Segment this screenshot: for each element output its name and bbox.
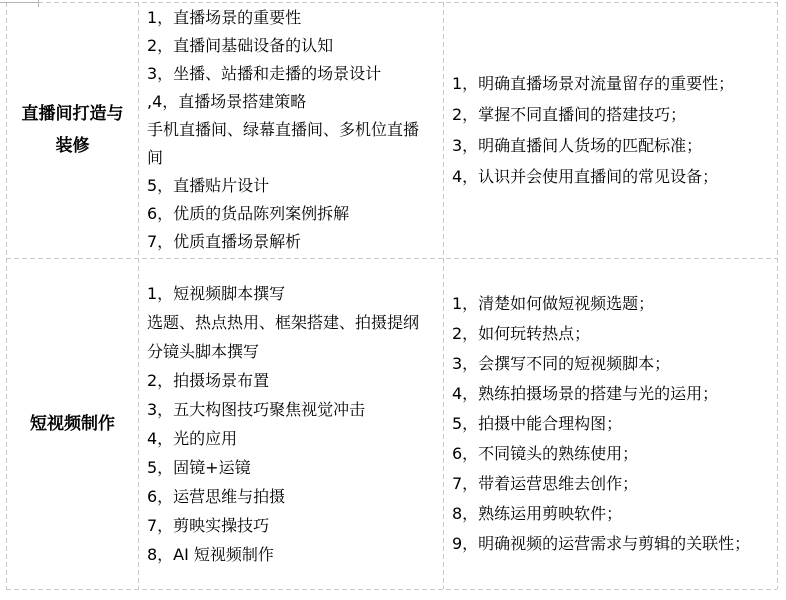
text-line: 7，优质直播场景解析	[147, 228, 443, 256]
text-line: 直播间打造与	[22, 98, 124, 130]
text-line: 3，明确直播间人货场的匹配标准；	[452, 130, 777, 161]
text-line: 4，认识并会使用直播间的常见设备；	[452, 161, 777, 192]
text-line: 9，明确视频的运营需求与剪辑的关联性；	[452, 529, 777, 559]
text-line: 4，熟练拍摄场景的搭建与光的运用；	[452, 379, 777, 409]
content-cell-live-room-setup: 1，直播场景的重要性2，直播间基础设备的认知3，坐播、站播和走播的场景设计,4，…	[139, 2, 443, 258]
text-line: 5，拍摄中能合理构图；	[452, 409, 777, 439]
objectives-cell-short-video: 1，清楚如何做短视频选题；2，如何玩转热点；3，会撰写不同的短视频脚本；4，熟练…	[444, 258, 777, 589]
text-line: 3，五大构图技巧聚焦视觉冲击	[147, 395, 443, 424]
text-line: 选题、热点热用、框架搭建、拍摄提纲	[147, 308, 443, 337]
text-line: 手机直播间、绿幕直播间、多机位直播	[147, 116, 443, 144]
text-line: 2，掌握不同直播间的搭建技巧；	[452, 99, 777, 130]
course-syllabus-table: 直播间打造与装修 1，直播场景的重要性2，直播间基础设备的认知3，坐播、站播和走…	[0, 0, 786, 600]
text-line: 7，剪映实操技巧	[147, 511, 443, 540]
text-line: 6，运营思维与拍摄	[147, 482, 443, 511]
text-line: 6，优质的货品陈列案例拆解	[147, 200, 443, 228]
table-border-bottom	[6, 589, 777, 590]
text-line: 6，不同镜头的熟练使用；	[452, 439, 777, 469]
text-line: 1，明确直播场景对流量留存的重要性；	[452, 68, 777, 99]
text-line: 2，拍摄场景布置	[147, 366, 443, 395]
text-line: 3，坐播、站播和走播的场景设计	[147, 60, 443, 88]
category-cell-live-room-setup: 直播间打造与装修	[7, 2, 138, 258]
text-line: 分镜头脚本撰写	[147, 337, 443, 366]
text-line: 7，带着运营思维去创作；	[452, 469, 777, 499]
text-line: 间	[147, 144, 443, 172]
text-line: 2，如何玩转热点；	[452, 319, 777, 349]
content-cell-short-video: 1，短视频脚本撰写选题、热点热用、框架搭建、拍摄提纲分镜头脚本撰写2，拍摄场景布…	[139, 258, 443, 589]
text-line: 5，直播贴片设计	[147, 172, 443, 200]
text-line: 1，清楚如何做短视频选题；	[452, 289, 777, 319]
text-line: 1，短视频脚本撰写	[147, 279, 443, 308]
text-line: 1，直播场景的重要性	[147, 4, 443, 32]
objectives-cell-live-room-setup: 1，明确直播场景对流量留存的重要性；2，掌握不同直播间的搭建技巧；3，明确直播间…	[444, 2, 777, 258]
text-line: 3，会撰写不同的短视频脚本；	[452, 349, 777, 379]
category-cell-short-video: 短视频制作	[7, 258, 138, 589]
text-line: 装修	[56, 130, 90, 162]
text-line: 8，熟练运用剪映软件；	[452, 499, 777, 529]
table-border-right	[777, 2, 778, 589]
text-line: ,4，直播场景搭建策略	[147, 88, 443, 116]
text-line: 4，光的应用	[147, 424, 443, 453]
text-line: 5，固镜+运镜	[147, 453, 443, 482]
text-line: 2，直播间基础设备的认知	[147, 32, 443, 60]
text-line: 短视频制作	[30, 408, 115, 440]
text-line: 8，AI 短视频制作	[147, 540, 443, 569]
